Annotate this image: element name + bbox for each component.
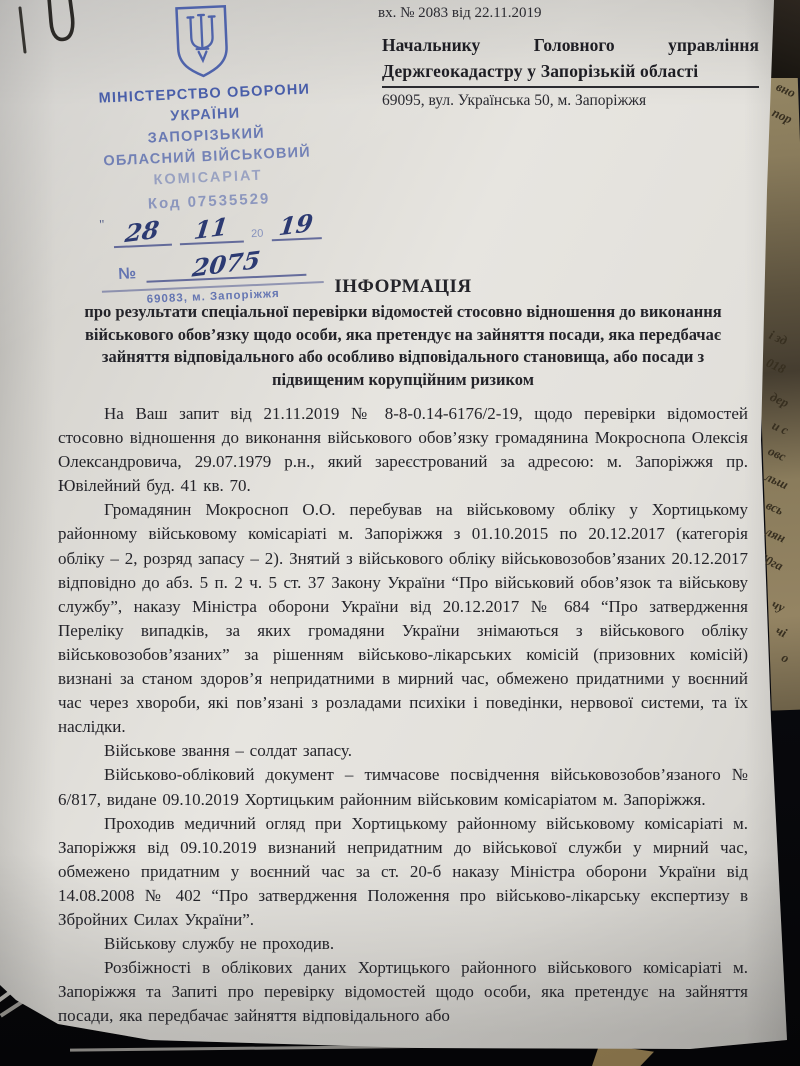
trident-coat-of-arms-icon xyxy=(172,3,233,81)
body-paragraph: Проходив медичний огляд при Хортицькому … xyxy=(58,812,748,932)
document-body: ІНФОРМАЦІЯ про результати спеціальної пе… xyxy=(58,276,748,1028)
body-paragraph: Військово-обліковий документ – тимчасове… xyxy=(58,763,748,811)
incoming-registration-note: вх. № 2083 від 22.11.2019 xyxy=(378,5,541,22)
document-title: ІНФОРМАЦІЯ xyxy=(58,276,748,298)
body-paragraph: Військову службу не проходив. xyxy=(58,932,748,956)
printed-century: 20 xyxy=(251,228,264,241)
quote-mark: " xyxy=(99,217,105,233)
recipient-word: Головного xyxy=(534,35,615,56)
body-paragraph: На Ваш запит від 21.11.2019 № 8-8-0.14-6… xyxy=(58,402,748,498)
recipient-word: Начальнику xyxy=(382,35,480,56)
paper-clip-icon xyxy=(4,0,114,144)
body-paragraph: Військове звання – солдат запасу. xyxy=(58,739,748,763)
recipient-organization: Держгеокадастру у Запорізькій області xyxy=(382,61,759,88)
document-subtitle: про результати спеціальної перевірки від… xyxy=(58,301,748,391)
recipient-address: 69095, вул. Українська 50, м. Запоріжжя xyxy=(382,92,759,110)
body-paragraph: Розбіжності в облікових даних Хортицьког… xyxy=(58,956,748,1028)
handwritten-day: 28 xyxy=(124,218,161,246)
recipient-word: управління xyxy=(668,35,759,56)
photo-background: вно пор і зд 018 дер и с овс льш всь лян… xyxy=(0,0,800,1066)
handwritten-year: 19 xyxy=(278,211,315,239)
recipient-block: Начальнику Головного управління Держгеок… xyxy=(382,35,759,110)
recipient-line: Начальнику Головного управління xyxy=(382,35,759,56)
document-page: вх. № 2083 від 22.11.2019 Начальнику Гол… xyxy=(0,0,800,1066)
handwritten-month: 11 xyxy=(192,215,229,243)
body-paragraph: Громадянин Мокросноп О.О. перебував на в… xyxy=(58,498,748,739)
